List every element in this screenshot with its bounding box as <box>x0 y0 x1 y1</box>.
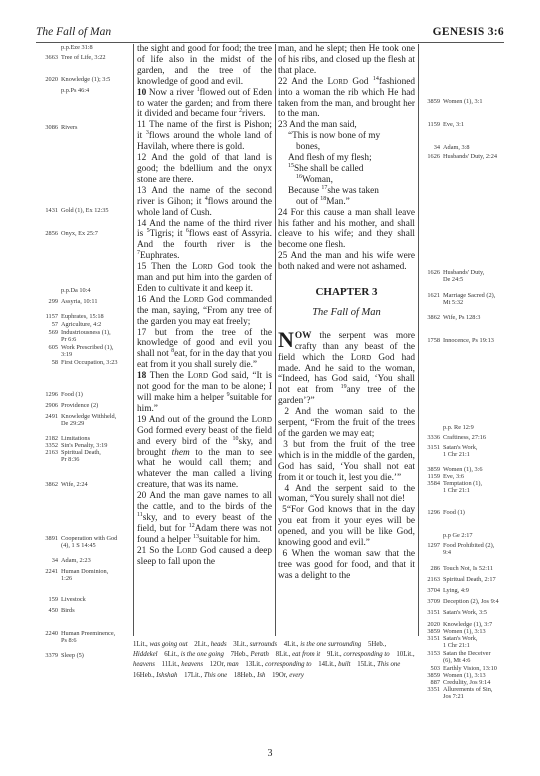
cross-reference: 3709Deception (2), Jos 9:4 <box>418 598 499 605</box>
topic-number: 34 <box>36 557 58 564</box>
cross-reference: 3336Craftiness, 27:16 <box>418 434 486 441</box>
verse-23: 23 And the man said, <box>278 120 415 131</box>
running-header: The Fall of Man GENESIS 3:6 <box>36 26 504 42</box>
topic-text-continued: 1 Chr 21:1 <box>443 451 477 458</box>
cross-reference: 1626Husbands' Duty, 2:24 <box>418 153 497 160</box>
footnote: 15Lit., This one <box>357 661 400 668</box>
topic-number: 1296 <box>418 509 440 516</box>
cross-reference: 3151Satan's Work, 3:5 <box>418 609 487 616</box>
cross-reference: p.p Ge 2:17 <box>418 532 473 539</box>
cross-reference: 1296Food (1) <box>36 391 83 398</box>
topic-number: 605 <box>36 344 58 351</box>
topic-text-continued: 3:19 <box>61 351 113 358</box>
cross-reference: 34Adam, 3:8 <box>418 144 470 151</box>
topic-text: Wife, Ps 128:3 <box>443 314 480 321</box>
chapter-3-verse-3: 3 but from the fruit of the tree which i… <box>278 440 415 484</box>
topic-number: 2020 <box>36 76 58 83</box>
cross-reference: 3351Allurements of Sin,Jos 7:21 <box>418 686 493 700</box>
topic-number: 1758 <box>418 337 440 344</box>
topic-text: Agriculture, 4:2 <box>61 321 101 328</box>
topic-text: Satan's Work, <box>443 635 477 642</box>
topic-text: Food (1) <box>61 391 83 398</box>
verse-16: 16 And the Lord God commanded the man, s… <box>137 295 272 328</box>
chapter-3-verse-4: 4 And the serpent said to the woman, “Yo… <box>278 484 415 506</box>
cross-reference: 3862Wife, 2:24 <box>36 481 88 488</box>
footnote: 7Heb., Perath <box>231 651 269 658</box>
topic-text: Gold (1), Ex 12:35 <box>61 207 109 214</box>
topic-number: 286 <box>418 565 440 572</box>
topic-text: Temptation (1), <box>443 480 482 487</box>
topic-text: p.p. Re 12:9 <box>443 424 474 431</box>
footnote: 19Or, every <box>272 672 304 679</box>
cross-reference: 2491Knowledge Withheld,De 29:29 <box>36 413 116 427</box>
cross-reference: 1758Innocence, Ps 19:13 <box>418 337 494 344</box>
cross-reference: 3151Satan's Work,1 Chr 21:1 <box>418 444 477 458</box>
footnote: 12Or, man <box>210 661 239 668</box>
footnote: 16Heb., Ishshah <box>133 672 177 679</box>
text-column-1: the sight and good for food; the tree of… <box>133 44 276 636</box>
cross-reference: 3379Sleep (5) <box>36 652 84 659</box>
topic-text: Industriousness (1), <box>61 329 111 336</box>
cross-reference: 1157Euphrates, 15:18 <box>36 313 104 320</box>
topic-number: 2856 <box>36 230 58 237</box>
topic-text: Work Prescribed (1), <box>61 344 113 351</box>
footnote: 6Lit., is the one going <box>164 651 224 658</box>
cross-reference: 58First Occupation, 3:23 <box>36 359 118 366</box>
topic-text: Knowledge (1); 3:5 <box>61 76 110 83</box>
topic-text-continued: 9:4 <box>443 549 494 556</box>
topic-number: 2240 <box>36 630 58 637</box>
topic-number: 1431 <box>36 207 58 214</box>
topic-number: 450 <box>36 607 58 614</box>
topic-number: 1626 <box>418 269 440 276</box>
footnote: 4Lit., is the one surrounding <box>284 641 362 648</box>
cross-reference: 2163Spiritual Death, 2:17 <box>418 576 496 583</box>
verse-17: 17 but from the tree of the knowledge of… <box>137 328 272 372</box>
topic-text: Craftiness, 27:16 <box>443 434 486 441</box>
verse-19: 19 And out of the ground the Lord God fo… <box>137 415 272 491</box>
chapter-3-verse-5: 5“For God knows that in the day you eat … <box>278 505 415 549</box>
topic-text: Eve, 3:1 <box>443 121 464 128</box>
cross-reference: 1297Food Prohibited (2),9:4 <box>418 542 494 556</box>
header-rule <box>36 42 504 43</box>
footnote: 1Lit., was going out <box>133 641 188 648</box>
topic-text: p.p.Ps 46:4 <box>61 87 89 94</box>
footnotes: 1Lit., was going out 2Lit., heads 3Lit.,… <box>133 640 415 681</box>
topic-number: 1621 <box>418 292 440 299</box>
topic-number: 3351 <box>418 686 440 693</box>
topic-text: Spiritual Death, <box>61 449 101 456</box>
topic-number: 3862 <box>418 314 440 321</box>
topic-text-continued: (4), 1 S 14:45 <box>61 542 117 549</box>
cross-reference: 450Birds <box>36 607 75 614</box>
cross-reference: 3151Satan's Work,1 Chr 21:1 <box>418 635 477 649</box>
topic-text-continued: (6), Mt 4:6 <box>443 657 491 664</box>
footnote: 18Heb., Ish <box>234 672 266 679</box>
topic-text-continued: Ps 8:6 <box>61 637 115 644</box>
topic-number: 3153 <box>418 650 440 657</box>
topic-text: Lying, 4:9 <box>443 587 469 594</box>
cross-reference: 1296Food (1) <box>418 509 465 516</box>
footnote: 3Lit., surrounds <box>233 641 277 648</box>
topic-number: 3709 <box>418 598 440 605</box>
topic-number: 3336 <box>418 434 440 441</box>
page-number: 3 <box>0 748 540 759</box>
cross-reference: 3663Tree of Life, 3:22 <box>36 54 106 61</box>
cross-reference: p.p.Ps 46:4 <box>36 87 89 94</box>
cross-reference: 3086Rivers <box>36 124 77 131</box>
verse-15: 15 Then the Lord God took the man and pu… <box>137 262 272 295</box>
topic-text: Human Preeminence, <box>61 630 115 637</box>
chapter-subheading: The Fall of Man <box>278 308 415 319</box>
footnote: 2Lit., heads <box>194 641 226 648</box>
topic-number: 3704 <box>418 587 440 594</box>
topic-number: 3151 <box>418 444 440 451</box>
topic-number: 159 <box>36 596 58 603</box>
topic-text-continued: Jos 7:21 <box>443 693 493 700</box>
topic-number: 3151 <box>418 635 440 642</box>
cross-reference: 3584Temptation (1),1 Chr 21:1 <box>418 480 482 494</box>
topic-number: 299 <box>36 298 58 305</box>
topic-number: 3891 <box>36 535 58 542</box>
topic-text-continued: De 24:5 <box>443 276 484 283</box>
cross-reference: 3862Wife, Ps 128:3 <box>418 314 480 321</box>
topic-text-continued: 1 Chr 21:1 <box>443 642 477 649</box>
cross-reference: 569Industriousness (1),Pr 6:6 <box>36 329 111 343</box>
topic-text: Sleep (5) <box>61 652 84 659</box>
cross-reference: 2856Onyx, Ex 25:7 <box>36 230 98 237</box>
verse-25: 25 And the man and his wife were both na… <box>278 251 415 273</box>
verse-12: 12 And the gold of that land is good; th… <box>137 153 272 186</box>
topic-text: Tree of Life, 3:22 <box>61 54 106 61</box>
topic-text: Deception (2), Jos 9:4 <box>443 598 499 605</box>
footnote: 17Lit., This one <box>184 672 227 679</box>
cross-reference: 2163Spiritual Death,Pr 8:36 <box>36 449 101 463</box>
footnote: 9Lit., corresponding to <box>327 651 390 658</box>
cross-reference: 57Agriculture, 4:2 <box>36 321 101 328</box>
verse-11: 11 The name of the first is Pishon; it 3… <box>137 120 272 153</box>
cross-reference: 605Work Prescribed (1),3:19 <box>36 344 113 358</box>
topic-text: Marriage Sacred (2), <box>443 292 495 299</box>
topic-number: 569 <box>36 329 58 336</box>
chapter-3-verse-6: 6 When the woman saw that the tree was g… <box>278 549 415 582</box>
chapter-3-verse-2: 2 And the woman said to the serpent, “Fr… <box>278 407 415 440</box>
topic-text: Food (1) <box>443 509 465 516</box>
topic-number: 3151 <box>418 609 440 616</box>
topic-text: Rivers <box>61 124 77 131</box>
cross-reference: p.p.Eze 31:8 <box>36 44 93 51</box>
cross-reference: 1431Gold (1), Ex 12:35 <box>36 207 109 214</box>
verse-20: 20 And the man gave names to all the cat… <box>137 491 272 546</box>
topic-number: 2906 <box>36 402 58 409</box>
topic-text: Livestock <box>61 596 86 603</box>
cross-reference: 3859Women (1), 3:1 <box>418 98 483 105</box>
cross-reference: 1626Husbands' Duty,De 24:5 <box>418 269 484 283</box>
topic-number: 3862 <box>36 481 58 488</box>
topic-text: Adam, 2:23 <box>61 557 91 564</box>
verse-10: 10 Now a river 1flowed out of Eden to wa… <box>137 88 272 121</box>
topic-number: 1296 <box>36 391 58 398</box>
topic-number: 2241 <box>36 568 58 575</box>
topic-text: Satan's Work, 3:5 <box>443 609 487 616</box>
cross-reference: 2240Human Preeminence,Ps 8:6 <box>36 630 115 644</box>
footnote: 14Lit., built <box>318 661 350 668</box>
topic-text: Onyx, Ex 25:7 <box>61 230 98 237</box>
topic-text: Women (1), 3:1 <box>443 98 483 105</box>
cross-reference: 286Touch Not, Is 52:11 <box>418 565 493 572</box>
topic-number: 3086 <box>36 124 58 131</box>
topic-text: p.p.Da 10:4 <box>61 287 91 294</box>
book-chapter-verse: GENESIS 3:6 <box>433 26 504 38</box>
chapter-heading: CHAPTER 3 <box>278 287 415 298</box>
topic-number: 3663 <box>36 54 58 61</box>
topic-text-continued: Pr 8:36 <box>61 456 101 463</box>
topic-text: Satan's Work, <box>443 444 477 451</box>
cross-reference: 159Livestock <box>36 596 86 603</box>
topic-number: 34 <box>418 144 440 151</box>
cross-reference: 3153Satan the Deceiver(6), Mt 4:6 <box>418 650 491 664</box>
topic-text: p.p.Eze 31:8 <box>61 44 93 51</box>
topic-text: Birds <box>61 607 75 614</box>
topic-text: Touch Not, Is 52:11 <box>443 565 493 572</box>
cross-reference: 34Adam, 2:23 <box>36 557 91 564</box>
footnote: 13Lit., corresponding to <box>245 661 311 668</box>
topic-number: 1626 <box>418 153 440 160</box>
topic-text: Providence (2) <box>61 402 98 409</box>
topic-text-continued: De 29:29 <box>61 420 116 427</box>
verse-21-continued: man, and he slept; then He took one of h… <box>278 44 415 77</box>
topic-number: 2491 <box>36 413 58 420</box>
verse-14: 14 And the name of the third river is 5T… <box>137 219 272 263</box>
cross-reference: 2241Human Dominion,1:26 <box>36 568 108 582</box>
cross-reference: 2020Knowledge (1); 3:5 <box>36 76 110 83</box>
topic-text-continued: Pr 6:6 <box>61 336 111 343</box>
verse-9-continued: the sight and good for food; the tree of… <box>137 44 272 88</box>
topic-text-continued: Mt 5:32 <box>443 299 495 306</box>
drop-cap: N <box>278 331 294 349</box>
topic-number: 3859 <box>418 98 440 105</box>
topic-text: Cooperation with God <box>61 535 117 542</box>
topic-number: 3584 <box>418 480 440 487</box>
cross-reference: p.p.Da 10:4 <box>36 287 91 294</box>
verse-22: 22 And the Lord God 14fashioned into a w… <box>278 77 415 121</box>
verse-24: 24 For this cause a man shall leave his … <box>278 208 415 252</box>
chapter-3-verse-1: NOW the serpent was more crafty than any… <box>278 331 415 407</box>
topic-text: First Occupation, 3:23 <box>61 359 118 366</box>
cross-reference: 299Assyria, 10:11 <box>36 298 98 305</box>
topic-text: Wife, 2:24 <box>61 481 88 488</box>
topic-text: Human Dominion, <box>61 568 108 575</box>
section-title: The Fall of Man <box>36 26 111 38</box>
topic-text: p.p Ge 2:17 <box>443 532 473 539</box>
topic-text: Adam, 3:8 <box>443 144 470 151</box>
topic-text: Assyria, 10:11 <box>61 298 98 305</box>
topic-number: 1157 <box>36 313 58 320</box>
cross-reference: 1621Marriage Sacred (2),Mt 5:32 <box>418 292 495 306</box>
topic-number: 2163 <box>418 576 440 583</box>
cross-reference: 2906Providence (2) <box>36 402 98 409</box>
topic-text: Spiritual Death, 2:17 <box>443 576 496 583</box>
topic-text-continued: 1 Chr 21:1 <box>443 487 482 494</box>
verse-13: 13 And the name of the second river is G… <box>137 186 272 219</box>
poem-verse-23: “This is now bone of my bones, And flesh… <box>278 131 415 207</box>
topic-text: Satan the Deceiver <box>443 650 491 657</box>
topic-text: Euphrates, 15:18 <box>61 313 104 320</box>
topic-number: 57 <box>36 321 58 328</box>
verse-18: 18 Then the Lord God said, “It is not go… <box>137 371 272 415</box>
cross-reference: 1159Eve, 3:1 <box>418 121 464 128</box>
topic-number: 58 <box>36 359 58 366</box>
topic-text-continued: 1:26 <box>61 575 108 582</box>
topic-text: Food Prohibited (2), <box>443 542 494 549</box>
topic-text: Allurements of Sin, <box>443 686 493 693</box>
cross-reference: p.p. Re 12:9 <box>418 424 474 431</box>
footnote: 11Lit., heavens <box>162 661 203 668</box>
topic-number: 1159 <box>418 121 440 128</box>
topic-number: 3379 <box>36 652 58 659</box>
topic-text: Husbands' Duty, <box>443 269 484 276</box>
footnote: 8Lit., eat from it <box>276 651 321 658</box>
cross-reference: 3704Lying, 4:9 <box>418 587 469 594</box>
cross-reference: 3891Cooperation with God(4), 1 S 14:45 <box>36 535 117 549</box>
text-column-2: man, and he slept; then He took one of h… <box>275 44 419 636</box>
topic-number: 1297 <box>418 542 440 549</box>
topic-text: Innocence, Ps 19:13 <box>443 337 494 344</box>
topic-text: Husbands' Duty, 2:24 <box>443 153 497 160</box>
topic-number: 2163 <box>36 449 58 456</box>
topic-text: Knowledge Withheld, <box>61 413 116 420</box>
verse-21: 21 So the Lord God caused a deep sleep t… <box>137 546 272 568</box>
